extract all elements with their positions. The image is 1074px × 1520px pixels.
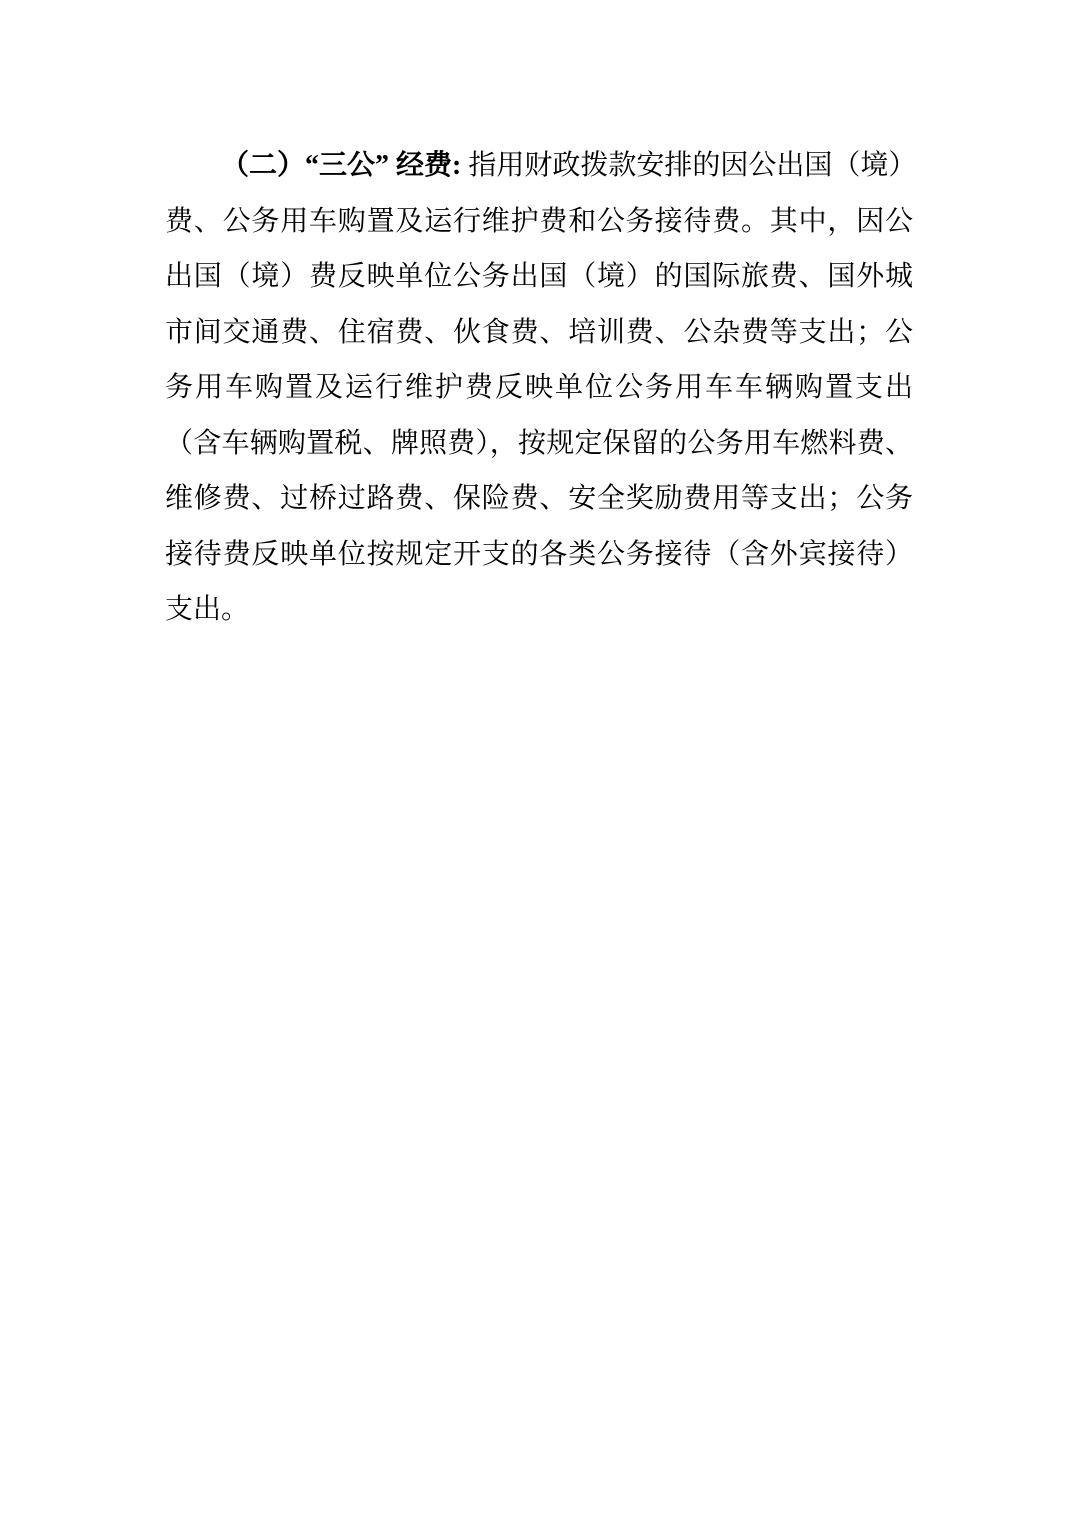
text-line: 出国（境）费反映单位公务出国（境）的国际旅费、国外城 [165, 249, 913, 305]
text-line: 维修费、过桥过路费、保险费、安全奖励费用等支出；公务 [165, 471, 913, 527]
text-line: （含车辆购置税、牌照费），按规定保留的公务用车燃料费、 [165, 416, 913, 472]
document-page: （二）“三公” 经费: 指用财政拨款安排的因公出国（境） 费、公务用车购置及运行… [0, 0, 1074, 1520]
text-line: 支出。 [165, 582, 913, 638]
paragraph-lead-rest: 指用财政拨款安排的因公出国（境） [461, 150, 916, 181]
text-line: 市间交通费、住宿费、伙食费、培训费、公杂费等支出；公 [165, 305, 913, 361]
text-line: （二）“三公” 经费: 指用财政拨款安排的因公出国（境） [165, 138, 913, 194]
text-line: 费、公务用车购置及运行维护费和公务接待费。其中，因公 [165, 194, 913, 250]
paragraph-block: （二）“三公” 经费: 指用财政拨款安排的因公出国（境） 费、公务用车购置及运行… [165, 138, 913, 638]
text-line: 接待费反映单位按规定开支的各类公务接待（含外宾接待） [165, 527, 913, 583]
text-line: 务用车购置及运行维护费反映单位公务用车车辆购置支出 [165, 360, 913, 416]
paragraph-lead-bold: （二）“三公” 经费: [221, 150, 461, 181]
